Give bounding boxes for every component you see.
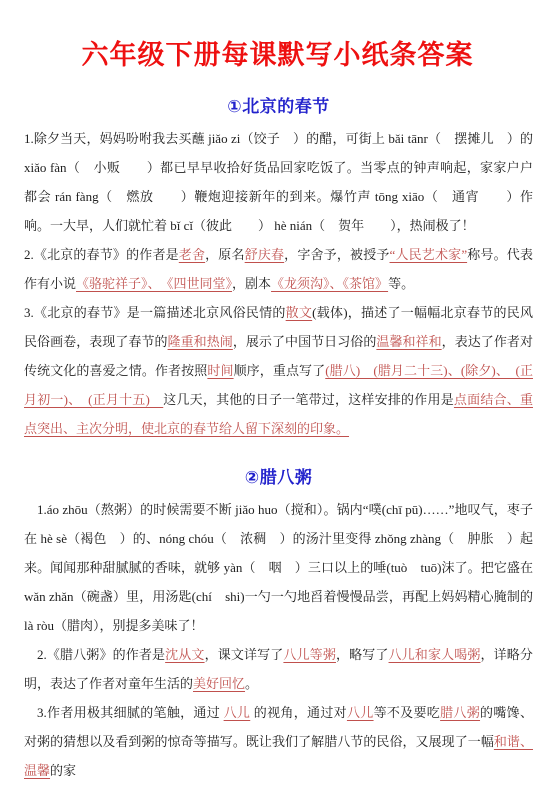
section-heading: ①北京的春节 xyxy=(24,92,533,117)
answer-text: 舒庆春 xyxy=(245,247,285,262)
paragraph: 1.除夕当天，妈妈吩咐我去买蘸 jiǎo zi（饺子 ）的醋，可街上 bǎi t… xyxy=(24,124,533,240)
paragraph: 3.《北京的春节》是一篇描述北京风俗民情的散文(载体)，描述了一幅幅北京春节的民… xyxy=(24,298,533,443)
paragraph: 1.áo zhōu（熬粥）的时候需要不断 jiǎo huo（搅和）。锅内“噗(c… xyxy=(24,495,533,640)
body-text: 3.作者用极其细腻的笔触，通过 xyxy=(37,705,224,720)
answer-text: 沈从文 xyxy=(165,647,204,662)
answer-text: 温馨和祥和 xyxy=(376,334,441,349)
answer-text: “人民艺术家” xyxy=(390,247,468,262)
body-text: 顺序，重点写了 xyxy=(234,363,326,378)
body-text: ，略写了 xyxy=(336,647,389,662)
body-text: 3.《北京的春节》是一篇描述北京风俗民情的 xyxy=(24,305,286,320)
body-text: 这几天，其他的日子一笔带过，这样安排的作用是 xyxy=(163,392,454,407)
body-text: ，课文详写了 xyxy=(205,647,284,662)
paragraph: 3.作者用极其细腻的笔触，通过 八儿 的视角，通过对八儿等不及要吃腊八粥的嘴馋、… xyxy=(24,698,533,785)
answer-text: 隆重和热闹 xyxy=(168,334,233,349)
body-text: 的视角，通过对 xyxy=(250,705,347,720)
body-text: 等。 xyxy=(388,276,414,291)
body-text: ，原名 xyxy=(205,247,245,262)
answer-text: 《龙须沟》、《茶馆》 xyxy=(271,276,388,291)
paragraph: 2.《北京的春节》的作者是老舍，原名舒庆春，字舍予，被授予“人民艺术家”称号。代… xyxy=(24,240,533,298)
page-title: 六年级下册每课默写小纸条答案 xyxy=(0,33,555,72)
answer-text: 八儿 xyxy=(347,705,374,720)
document-body: ①北京的春节1.除夕当天，妈妈吩咐我去买蘸 jiǎo zi（饺子 ）的醋，可街上… xyxy=(0,92,555,785)
body-text: 1.áo zhōu（熬粥）的时候需要不断 jiǎo huo（搅和）。锅内“噗(c… xyxy=(24,502,533,633)
body-text: 。 xyxy=(245,676,258,691)
answer-text: 《骆驼祥子》、 《四世同堂》 xyxy=(76,276,232,291)
body-text: 2.《腊八粥》的作者是 xyxy=(37,647,165,662)
answer-text: 八儿和家人喝粥 xyxy=(389,647,481,662)
body-text: 2.《北京的春节》的作者是 xyxy=(24,247,179,262)
answer-text: 腊八粥 xyxy=(440,705,480,720)
paragraph: 2.《腊八粥》的作者是沈从文，课文详写了八儿等粥，略写了八儿和家人喝粥，详略分明… xyxy=(24,640,533,698)
body-text: ，剧本 xyxy=(232,276,271,291)
answer-text: 八儿 xyxy=(224,705,251,720)
body-text: 等不及要吃 xyxy=(374,705,441,720)
body-text: 1.除夕当天，妈妈吩咐我去买蘸 jiǎo zi（饺子 ）的醋，可街上 bǎi t… xyxy=(24,131,533,233)
answer-text: 时间 xyxy=(207,363,233,378)
section-heading: ②腊八粥 xyxy=(24,463,533,488)
answer-text: 散文 xyxy=(286,305,313,320)
answer-text: 美好回忆 xyxy=(193,676,245,691)
body-text: ，字舍予，被授予 xyxy=(284,247,389,262)
body-text: ，展示了中国节日习俗的 xyxy=(233,334,377,349)
body-text: 的家 xyxy=(50,763,76,778)
answer-text: 老舍 xyxy=(179,247,205,262)
document-page: 六年级下册每课默写小纸条答案 ①北京的春节1.除夕当天，妈妈吩咐我去买蘸 jiǎ… xyxy=(0,0,555,785)
answer-text: 八儿等粥 xyxy=(283,647,336,662)
